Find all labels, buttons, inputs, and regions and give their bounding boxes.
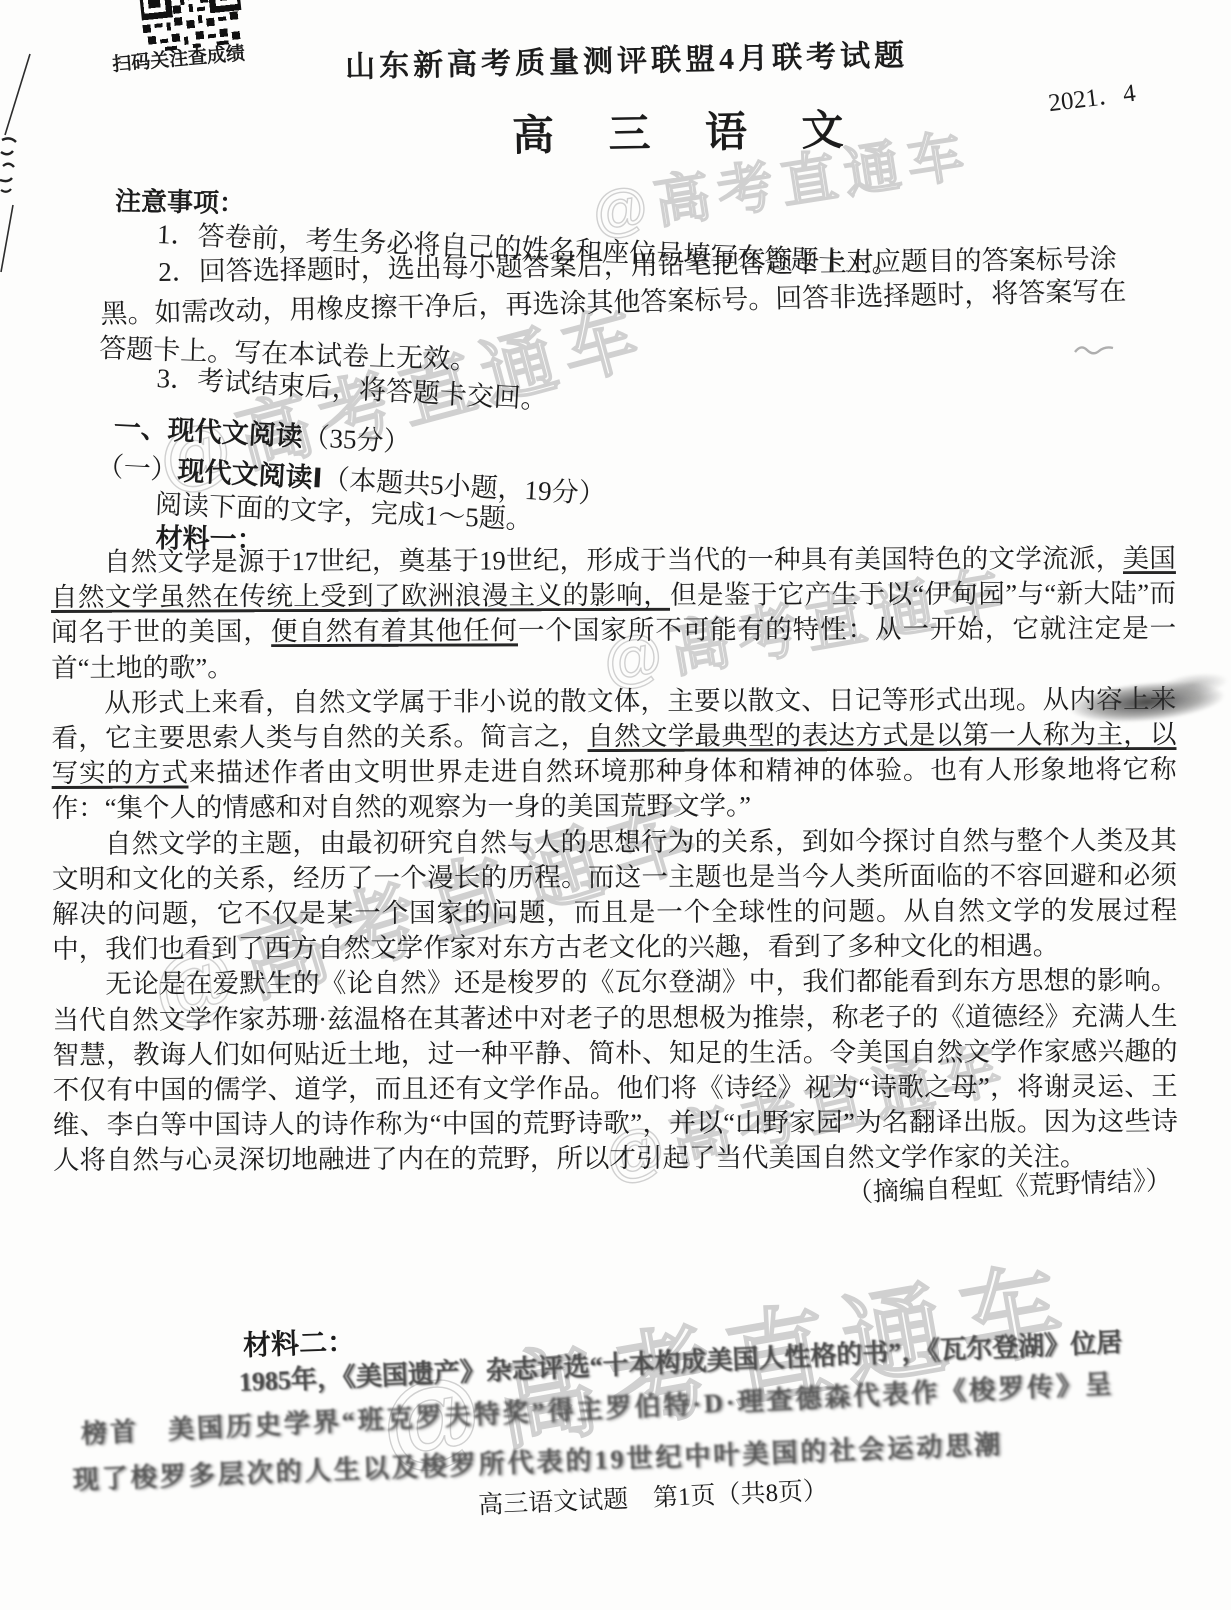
ink-scribble <box>1072 338 1120 360</box>
paragraph: 自然文学是源于17世纪，奠基于19世纪，形成于当代的一种具有美国特色的文学流派，… <box>51 541 1176 686</box>
subject-title: 高 三 语 文 <box>512 97 867 163</box>
paragraph: 自然文学的主题，由最初研究自然与人的思想行为的关系，到如今探讨自然与整个人类及其… <box>52 823 1177 968</box>
qr-caption: 扫码关注查成绩 <box>111 38 246 76</box>
exam-page: @高考直通车 @高考直通车 @高考直通车 @高考直通车 @高考直通车 @高考直通… <box>0 0 1231 1610</box>
underlined-phrase: 自然文学最典型的表达方式是以 <box>587 720 962 752</box>
paragraph: 无论是在爱默生的《论自然》还是梭罗的《瓦尔登湖》中，我们都能看到东方思想的影响。… <box>52 963 1178 1178</box>
section-title: 现代文阅读 <box>167 415 303 452</box>
material1-body: 自然文学是源于17世纪，奠基于19世纪，形成于当代的一种具有美国特色的文学流派，… <box>51 541 1178 1222</box>
exam-date: 2021．4 <box>1046 73 1137 119</box>
section-score: （35分） <box>302 422 411 458</box>
left-edge-artifacts <box>0 40 60 300</box>
text-run: 自然文学是源于17世纪，奠基于19世纪，形成于当代的一种具有美国特色的文学流派， <box>104 543 1123 577</box>
section-number: 一、 <box>113 412 168 445</box>
subsection-number: （一） <box>96 451 179 485</box>
exam-title: 山东新高考质量测评联盟4月联考试题 <box>345 30 909 86</box>
paragraph: 从形式上来看，自然文学属于非小说的散文体，主要以散文、日记等形式出现。从内容上来… <box>51 682 1176 827</box>
underlined-phrase: 便自然有着其他任何 <box>271 616 518 648</box>
text-run: 来描述作者由文明世界走进自然环境那种身体和精神的体验。也有人形象地将它称作：“集… <box>52 754 1177 823</box>
